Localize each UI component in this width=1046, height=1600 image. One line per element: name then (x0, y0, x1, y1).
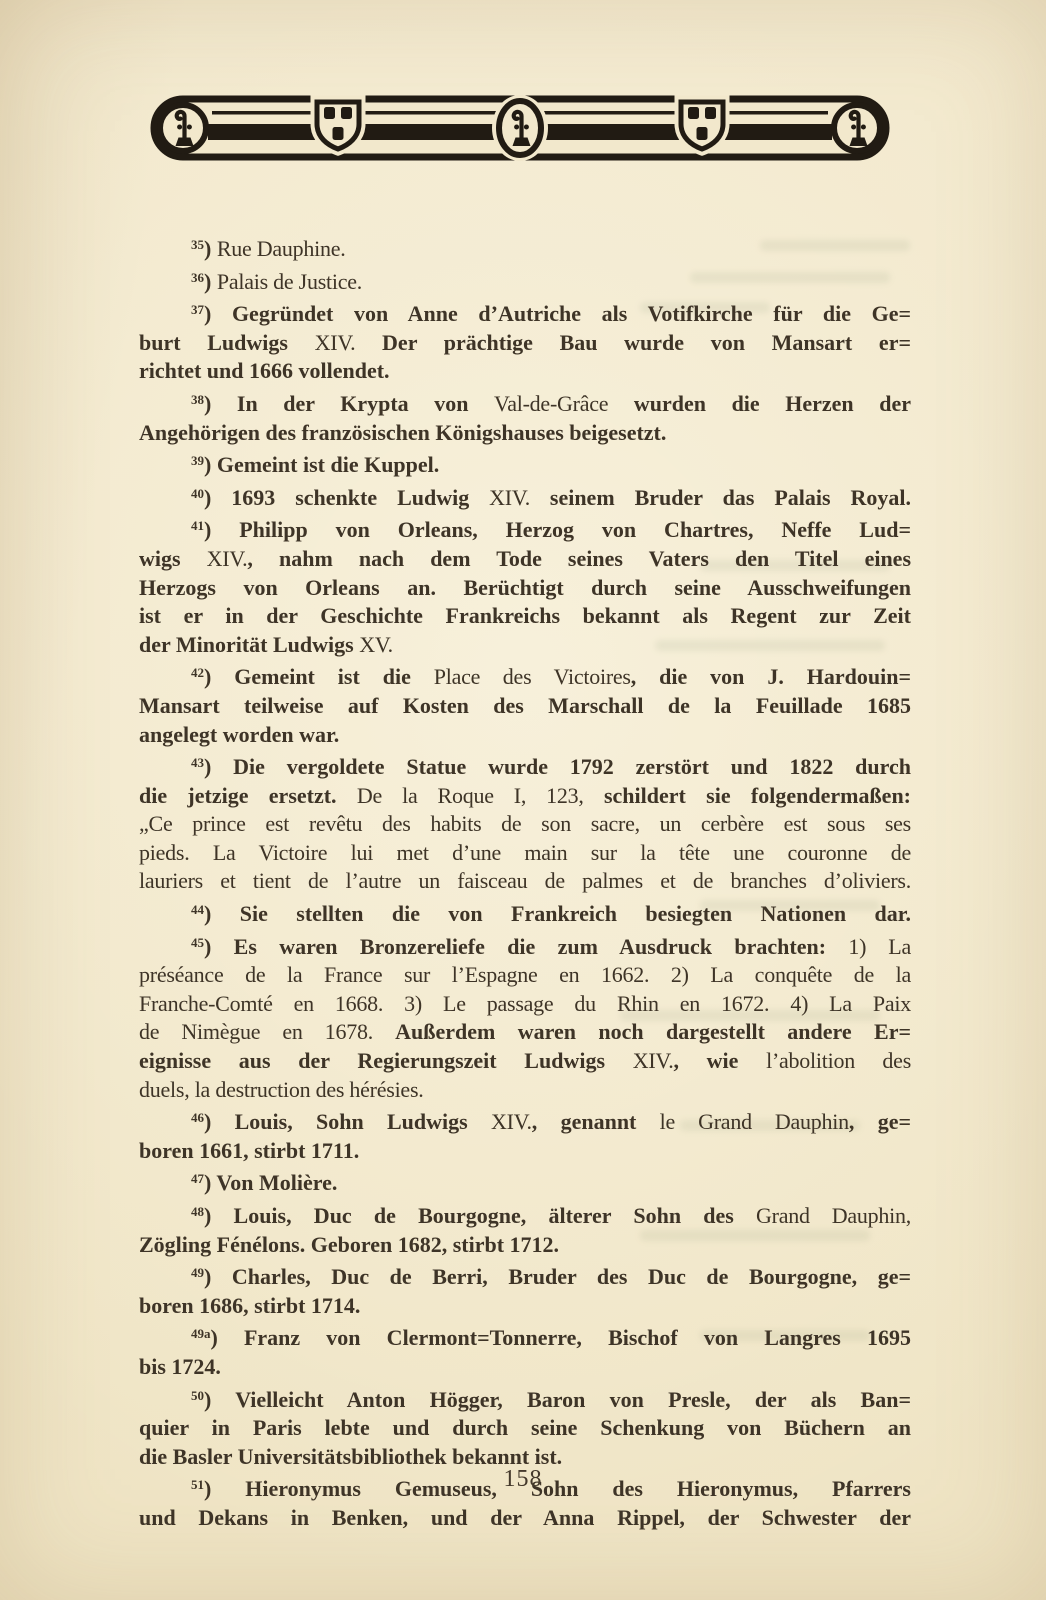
footnote-text-line: pieds. La Victoire lui met d’une main su… (139, 839, 911, 868)
text-segment: ) Sie stellten die von Frankreich besieg… (204, 901, 911, 926)
text-segment: ) (204, 269, 217, 294)
footnote-text-line: 43) Die vergoldete Statue wurde 1792 zer… (139, 749, 911, 782)
text-segment: ist er in der Geschichte Frankreichs bek… (139, 603, 911, 628)
footnote-text-line: 46) Louis, Sohn Ludwigs XIV., genannt le… (139, 1104, 911, 1137)
text-segment: boren 1661, stirbt 1711. (139, 1138, 359, 1163)
footnote-text-line: Mansart teilweise auf Kosten des Marscha… (139, 692, 911, 721)
text-segment: Außerdem waren noch dargestellt andere E… (395, 1019, 911, 1044)
text-segment: ) Gemeint ist die Kuppel. (204, 452, 439, 477)
footnote-text-line: duels, la destruction des hérésies. (139, 1076, 911, 1105)
footnote-marker: 42 (191, 665, 204, 680)
text-segment: duels, la destruction des hérésies. (139, 1077, 424, 1102)
footnote-text-line: 41) Philipp von Orleans, Herzog von Char… (139, 512, 911, 545)
text-segment: wigs (139, 546, 207, 571)
page-number: 158 (0, 1466, 1046, 1493)
footnote-text-line: de Nimègue en 1678. Außerdem waren noch … (139, 1018, 911, 1047)
shield-icon (317, 102, 359, 149)
footnote-text-line: wigs XIV., nahm nach dem Tode seines Vat… (139, 545, 911, 574)
text-segment: ) 1693 schenkte Ludwig (204, 485, 489, 510)
footnote-text-line: préséance de la France sur l’Espagne en … (139, 961, 911, 990)
text-segment: ) Philipp von Orleans, Herzog von Chartr… (204, 517, 911, 542)
text-segment: XV. (359, 632, 393, 657)
footnote-marker: 45 (191, 935, 204, 950)
text-segment: , ge= (849, 1109, 911, 1134)
footnote-marker: 39 (191, 453, 204, 468)
footnote-text-line: der Minorität Ludwigs XV. (139, 631, 911, 660)
footnote-marker: 41 (191, 518, 204, 533)
text-segment: de Nimègue en 1678. (139, 1019, 395, 1044)
text-segment: Zögling Fénélons. Geboren 1682, stirbt 1… (139, 1232, 559, 1257)
text-segment: Herzogs von Orleans an. Berüchtigt durch… (139, 575, 911, 600)
footnote-text-line: boren 1661, stirbt 1711. (139, 1137, 911, 1166)
text-segment: ) Es waren Bronzereliefe die zum Ausdruc… (204, 934, 848, 959)
header-ornament (150, 92, 890, 164)
text-segment: pieds. La Victoire lui met d’une main su… (139, 840, 911, 865)
text-segment: De la Roque I, 123, (357, 783, 584, 808)
text-segment: Franche-Comté en 1668. 3) Le passage du … (139, 991, 911, 1016)
footnote-text-line: 49a) Franz von Clermont=Tonnerre, Bischo… (139, 1320, 911, 1353)
footnote-marker: 50 (191, 1388, 204, 1403)
text-segment: lauriers et tient de l’autre un faisceau… (139, 868, 911, 893)
text-segment: die jetzige ersetzt. (139, 783, 357, 808)
text-segment: préséance de la France sur l’Espagne en … (139, 962, 911, 987)
shield-icon (681, 102, 723, 149)
text-segment: ) Gemeint ist die (204, 664, 434, 689)
text-segment: Der prächtige Bau wurde von Mansart er= (355, 330, 911, 355)
text-segment: burt Ludwigs (139, 330, 315, 355)
footnote-text-line: 47) Von Molière. (139, 1165, 911, 1198)
text-segment: die Basler Universitätsbibliothek bekann… (139, 1444, 562, 1469)
footnote-marker: 36 (191, 270, 204, 285)
footnote-text-line: „Ce prince est revêtu des habits de son … (139, 810, 911, 839)
text-segment: XIV. (633, 1048, 674, 1073)
text-segment: wurden die Herzen der (608, 391, 911, 416)
footnote-text-line: die jetzige ersetzt. De la Roque I, 123,… (139, 782, 911, 811)
scanned-page: 35) Rue Dauphine.36) Palais de Justice.3… (0, 0, 1046, 1600)
footnote-text-line: und Dekans in Benken, und der Anna Rippe… (139, 1504, 911, 1533)
text-segment: ) Vielleicht Anton Högger, Baron von Pre… (204, 1387, 911, 1412)
footnote-text-line: 37) Gegründet von Anne d’Autriche als Vo… (139, 296, 911, 329)
text-segment: Rue Dauphine. (217, 236, 346, 261)
basel-staff-medallion-left (160, 105, 206, 151)
basel-staff-medallion-right (834, 105, 880, 151)
footnote-text-line: 36) Palais de Justice. (139, 264, 911, 297)
footnote-text-line: Zögling Fénélons. Geboren 1682, stirbt 1… (139, 1231, 911, 1260)
footnote-text-line: boren 1686, stirbt 1714. (139, 1292, 911, 1321)
footnote-marker: 43 (191, 755, 204, 770)
footnote-text-line: burt Ludwigs XIV. Der prächtige Bau wurd… (139, 329, 911, 358)
footnote-marker: 46 (191, 1110, 204, 1125)
text-segment: seinem Bruder das Palais Royal. (530, 485, 911, 510)
footnote-text-line: Herzogs von Orleans an. Berüchtigt durch… (139, 574, 911, 603)
text-segment: ) Franz von Clermont=Tonnerre, Bischof v… (211, 1325, 912, 1350)
text-segment: „Ce prince est revêtu des habits de son … (139, 811, 911, 836)
footnote-text-line: 42) Gemeint ist die Place des Victoires,… (139, 659, 911, 692)
footnote-marker: 35 (191, 237, 204, 252)
text-segment: XIV. (315, 330, 356, 355)
text-segment: , wie (673, 1048, 766, 1073)
text-segment: XIV. (489, 485, 530, 510)
footnote-text-line: 50) Vielleicht Anton Högger, Baron von P… (139, 1382, 911, 1415)
text-segment: quier in Paris lebte und durch seine Sch… (139, 1415, 911, 1440)
footnote-text-line: Angehörigen des französischen Königshaus… (139, 419, 911, 448)
text-segment: eignisse aus der Regierungszeit Ludwigs (139, 1048, 633, 1073)
text-segment: ) Gegründet von Anne d’Autriche als Voti… (204, 301, 911, 326)
footnote-text-line: 39) Gemeint ist die Kuppel. (139, 447, 911, 480)
text-segment: 1) La (848, 934, 911, 959)
text-segment: und Dekans in Benken, und der Anna Rippe… (139, 1505, 911, 1530)
text-segment: ) Charles, Duc de Berri, Bruder des Duc … (204, 1264, 911, 1289)
footnote-text-line: ist er in der Geschichte Frankreichs bek… (139, 602, 911, 631)
footnote-marker: 48 (191, 1204, 204, 1219)
text-segment: l’abolition des (766, 1048, 911, 1073)
text-segment: Palais de Justice. (217, 269, 362, 294)
basel-staff-medallion-center (499, 101, 541, 155)
text-segment: Grand Dauphin, (756, 1203, 911, 1228)
footnote-text-line: eignisse aus der Regierungszeit Ludwigs … (139, 1047, 911, 1076)
text-segment: Val-de-Grâce (494, 391, 608, 416)
footnote-text-line: 35) Rue Dauphine. (139, 231, 911, 264)
footnote-text-line: richtet und 1666 vollendet. (139, 357, 911, 386)
text-segment: ) Louis, Duc de Bourgogne, älterer Sohn … (204, 1203, 756, 1228)
footnote-marker: 49 (191, 1265, 204, 1280)
text-segment: , genannt (532, 1109, 660, 1134)
text-segment: schildert sie folgendermaßen: (584, 783, 911, 808)
footnote-text-line: 38) In der Krypta von Val-de-Grâce wurde… (139, 386, 911, 419)
text-segment: ) Louis, Sohn Ludwigs (204, 1109, 491, 1134)
text-segment: , nahm nach dem Tode seines Vaters den T… (247, 546, 911, 571)
text-segment: boren 1686, stirbt 1714. (139, 1293, 360, 1318)
text-segment: Angehörigen des französischen Königshaus… (139, 420, 666, 445)
footnote-text-line: lauriers et tient de l’autre un faisceau… (139, 867, 911, 896)
footnote-text-line: 45) Es waren Bronzereliefe die zum Ausdr… (139, 929, 911, 962)
text-segment: Place des Victoires (434, 664, 631, 689)
text-segment: der Minorität Ludwigs (139, 632, 359, 657)
text-segment: angelegt worden war. (139, 722, 339, 747)
text-segment: XIV. (207, 546, 248, 571)
footnote-marker: 47 (191, 1171, 204, 1186)
footnote-text-line: bis 1724. (139, 1353, 911, 1382)
footnote-text-line: Franche-Comté en 1668. 3) Le passage du … (139, 990, 911, 1019)
footnote-text-line: 40) 1693 schenkte Ludwig XIV. seinem Bru… (139, 480, 911, 513)
text-segment: ) Von Molière. (204, 1170, 337, 1195)
text-segment: ) (204, 236, 217, 261)
footnote-text-line: 48) Louis, Duc de Bourgogne, älterer Soh… (139, 1198, 911, 1231)
text-segment: richtet und 1666 vollendet. (139, 358, 390, 383)
footnote-text-line: 49) Charles, Duc de Berri, Bruder des Du… (139, 1259, 911, 1292)
footnote-text-line: quier in Paris lebte und durch seine Sch… (139, 1414, 911, 1443)
footnote-marker: 38 (191, 392, 204, 407)
text-segment: ) Die vergoldete Statue wurde 1792 zerst… (204, 754, 911, 779)
footnote-marker: 40 (191, 486, 204, 501)
footnote-marker: 44 (191, 902, 204, 917)
footnote-marker: 37 (191, 302, 204, 317)
text-segment: le Grand Dauphin (660, 1109, 849, 1134)
footnote-text-line: 44) Sie stellten die von Frankreich besi… (139, 896, 911, 929)
text-segment: bis 1724. (139, 1354, 221, 1379)
text-segment: , die von J. Hardouin= (631, 664, 911, 689)
footnote-marker: 49a (191, 1326, 211, 1341)
footnote-text-line: angelegt worden war. (139, 721, 911, 750)
footnotes-block: 35) Rue Dauphine.36) Palais de Justice.3… (139, 231, 911, 1533)
text-segment: ) In der Krypta von (204, 391, 494, 416)
text-segment: XIV. (491, 1109, 532, 1134)
text-segment: Mansart teilweise auf Kosten des Marscha… (139, 693, 911, 718)
